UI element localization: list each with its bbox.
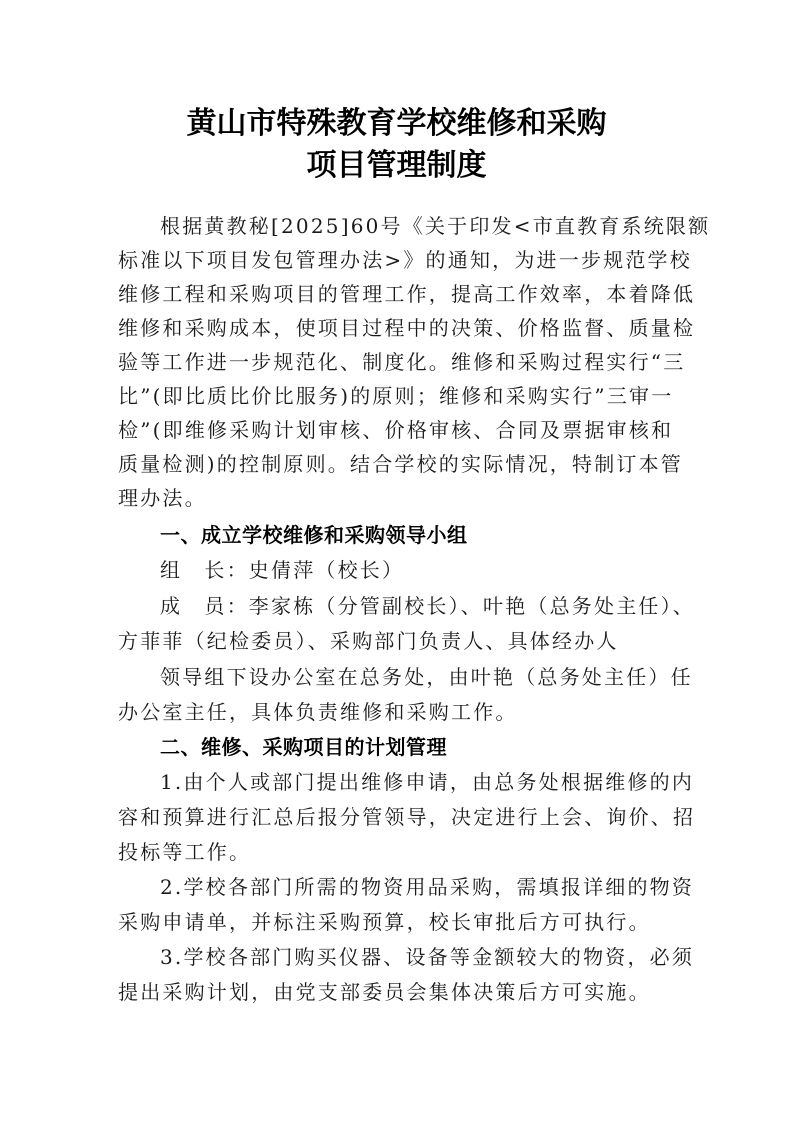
intro-line: 维修工程和采购项目的管理工作，提高工作效率，本着降低 xyxy=(118,280,678,308)
document-title-line2: 项目管理制度 xyxy=(0,140,793,184)
intro-line: 质量检测)的控制原则。结合学校的实际情况，特制订本管 xyxy=(118,450,678,478)
section1-line: 领导组下设办公室在总务处，由叶艳（总务处主任）任 xyxy=(160,663,720,691)
section2-line: 提出采购计划，由党支部委员会集体决策后方可实施。 xyxy=(118,978,678,1006)
document-page: 黄山市特殊教育学校维修和采购 项目管理制度 根据黄教秘[2025]60号《关于印… xyxy=(0,0,793,1122)
section2-line: 1.由个人或部门提出维修申请，由总务处根据维修的内 xyxy=(160,768,720,796)
intro-line: 根据黄教秘[2025]60号《关于印发<市直教育系统限额 xyxy=(160,212,720,240)
intro-line: 标准以下项目发包管理办法>》的通知，为进一步规范学校 xyxy=(118,246,678,274)
section2-heading: 二、维修、采购项目的计划管理 xyxy=(160,733,720,761)
intro-line: 检”(即维修采购计划审核、价格审核、合同及票据审核和 xyxy=(118,416,678,444)
section2-line: 投标等工作。 xyxy=(118,838,678,866)
intro-line: 比”(即比质比价比服务)的原则；维修和采购实行”三审一 xyxy=(118,382,678,410)
intro-line: 维修和采购成本，使项目过程中的决策、价格监督、质量检 xyxy=(118,314,678,342)
intro-line: 验等工作进一步规范化、制度化。维修和采购过程实行“三 xyxy=(118,348,678,376)
section2-line: 2.学校各部门所需的物资用品采购，需填报详细的物资 xyxy=(160,873,720,901)
section2-line: 采购申请单，并标注采购预算，校长审批后方可执行。 xyxy=(118,908,678,936)
section1-line: 成 员：李家栋（分管副校长）、叶艳（总务处主任）、 xyxy=(160,592,720,620)
section2-line: 容和预算进行汇总后报分管领导，决定进行上会、询价、招 xyxy=(118,803,678,831)
section1-line: 组 长：史倩萍（校长） xyxy=(160,556,720,584)
section1-line: 方菲菲（纪检委员）、采购部门负责人、具体经办人 xyxy=(118,627,678,655)
section2-line: 3.学校各部门购买仪器、设备等金额较大的物资，必须 xyxy=(160,943,720,971)
section1-line: 办公室主任，具体负责维修和采购工作。 xyxy=(118,698,678,726)
document-title-line1: 黄山市特殊教育学校维修和采购 xyxy=(0,98,793,142)
section1-heading: 一、成立学校维修和采购领导小组 xyxy=(160,521,720,549)
intro-line: 理办法。 xyxy=(118,484,678,512)
